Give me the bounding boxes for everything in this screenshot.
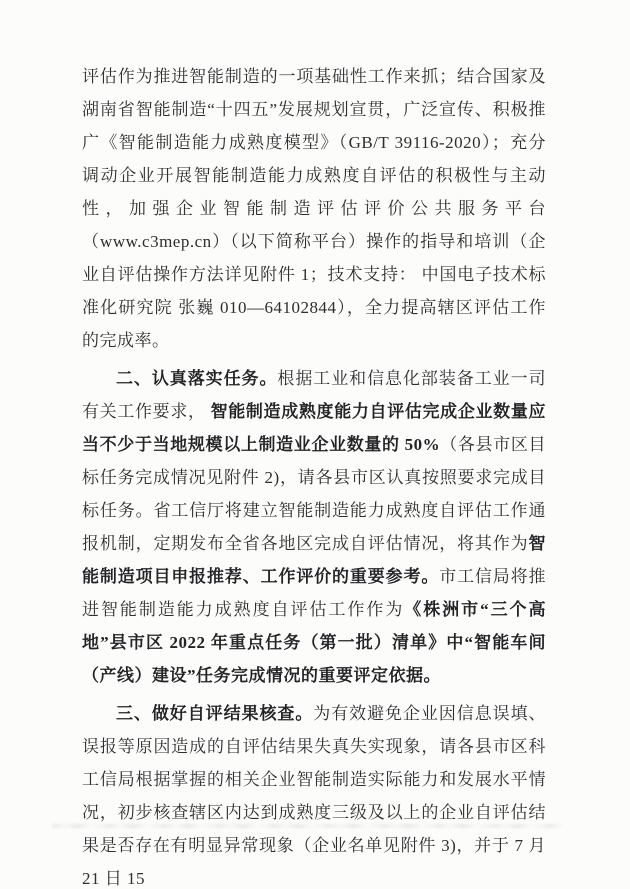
text-segment-bold: 二、认真落实任务。 [116, 369, 277, 388]
scan-smudge-artifact [52, 824, 562, 828]
text-segment: 评估作为推进智能制造的一项基础性工作来抓；结合国家及湖南省智能制造“十四五”发展… [82, 67, 546, 350]
scanned-document-page: 评估作为推进智能制造的一项基础性工作来抓；结合国家及湖南省智能制造“十四五”发展… [0, 0, 630, 889]
paragraph-2: 二、认真落实任务。根据工业和信息化部装备工业一司有关工作要求， 智能制造成熟度能… [82, 362, 546, 692]
text-segment: 为有效避免企业因信息误填、误报等原因造成的自评估结果失真失实现象，请各县市区科工… [82, 704, 546, 888]
text-segment-bold: 三、做好自评结果核查。 [116, 704, 313, 723]
paragraph-1: 评估作为推进智能制造的一项基础性工作来抓；结合国家及湖南省智能制造“十四五”发展… [82, 60, 546, 357]
document-body: 评估作为推进智能制造的一项基础性工作来抓；结合国家及湖南省智能制造“十四五”发展… [82, 60, 546, 889]
paragraph-3: 三、做好自评结果核查。为有效避免企业因信息误填、误报等原因造成的自评估结果失真失… [82, 697, 546, 889]
